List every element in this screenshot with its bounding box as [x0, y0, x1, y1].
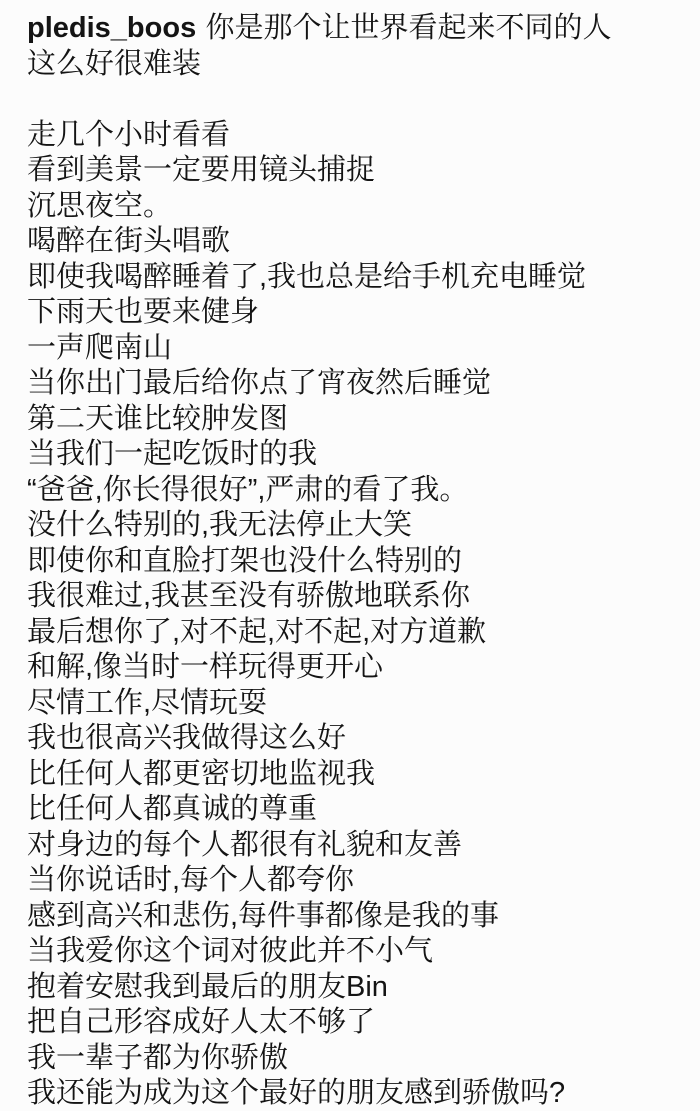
caption-line: 沉思夜空。 — [27, 189, 682, 225]
caption-line: “爸爸,你长得很好”,严肃的看了我。 — [27, 473, 682, 509]
caption-line: 当我爱你这个词对彼此并不小气 — [27, 934, 682, 970]
caption-line: 尽情工作,尽情玩耍 — [27, 686, 682, 722]
caption-line: 把自己形容成好人太不够了 — [27, 1005, 682, 1041]
caption-line: 和解,像当时一样玩得更开心 — [27, 650, 682, 686]
caption-line: 当我们一起吃饭时的我 — [27, 437, 682, 473]
post-caption: pledis_boos你是那个让世界看起来不同的人 这么好很难装 走几个小时看看… — [0, 0, 700, 1111]
caption-line: 当你出门最后给你点了宵夜然后睡觉 — [27, 366, 682, 402]
caption-line: 第二天谁比较肿发图 — [27, 402, 682, 438]
caption-line: 没什么特别的,我无法停止大笑 — [27, 508, 682, 544]
caption-line: 比任何人都更密切地监视我 — [27, 757, 682, 793]
caption-line: 一声爬南山 — [27, 331, 682, 367]
headline-wrap: 这么好很难装 — [27, 47, 682, 83]
caption-line: 比任何人都真诚的尊重 — [27, 792, 682, 828]
caption-line: 我还能为成为这个最好的朋友感到骄傲吗? — [27, 1076, 682, 1111]
blank-line — [27, 82, 682, 118]
caption-header: pledis_boos你是那个让世界看起来不同的人 — [27, 11, 682, 47]
caption-line: 抱着安慰我到最后的朋友Bin — [27, 970, 682, 1006]
caption-line: 即使你和直脸打架也没什么特别的 — [27, 544, 682, 580]
caption-line: 感到高兴和悲伤,每件事都像是我的事 — [27, 899, 682, 935]
username[interactable]: pledis_boos — [27, 12, 196, 44]
caption-line: 对身边的每个人都很有礼貌和友善 — [27, 828, 682, 864]
caption-line: 我很难过,我甚至没有骄傲地联系你 — [27, 579, 682, 615]
caption-line: 下雨天也要来健身 — [27, 295, 682, 331]
caption-line: 我也很高兴我做得这么好 — [27, 721, 682, 757]
caption-line: 当你说话时,每个人都夸你 — [27, 863, 682, 899]
caption-line: 即使我喝醉睡着了,我也总是给手机充电睡觉 — [27, 260, 682, 296]
caption-line: 我一辈子都为你骄傲 — [27, 1041, 682, 1077]
headline-text: 你是那个让世界看起来不同的人 — [205, 12, 611, 44]
caption-line: 喝醉在街头唱歌 — [27, 224, 682, 260]
caption-line: 走几个小时看看 — [27, 118, 682, 154]
caption-line: 看到美景一定要用镜头捕捉 — [27, 153, 682, 189]
caption-line: 最后想你了,对不起,对不起,对方道歉 — [27, 615, 682, 651]
